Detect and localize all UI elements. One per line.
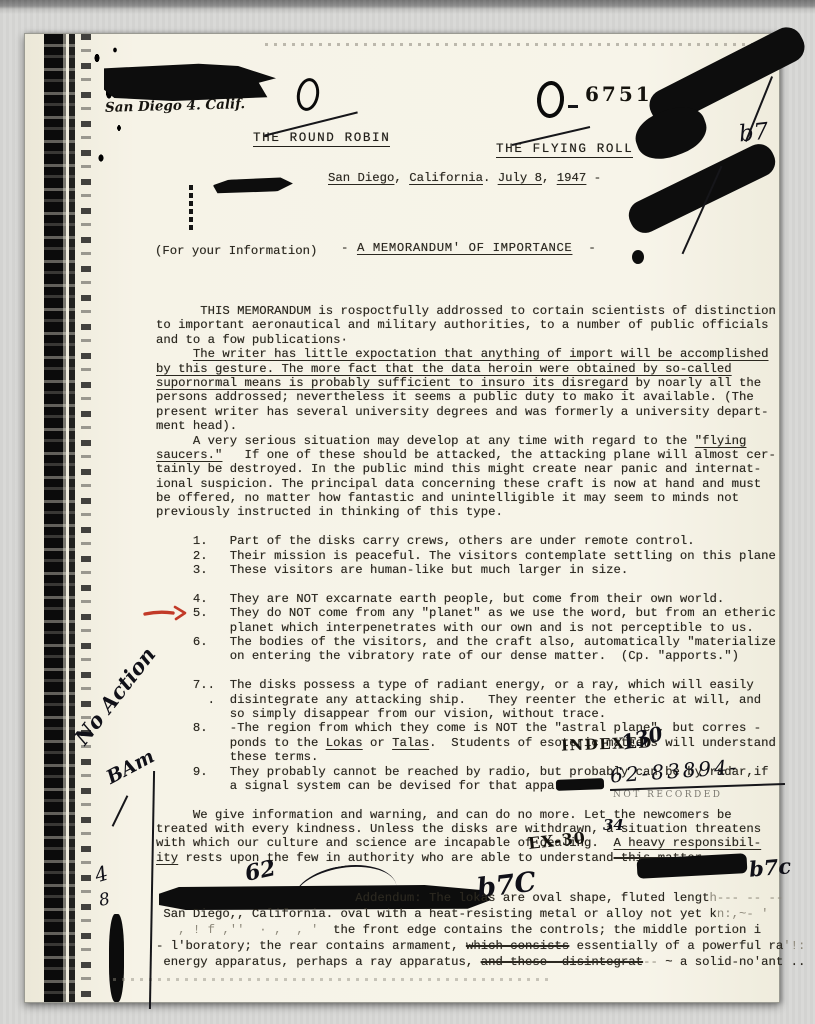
stamp-san-diego-calif: San Diego 4. Calif. <box>105 96 246 116</box>
text-run: 7.. The disks possess a type of radiant … <box>156 678 754 692</box>
memo-line: planet which interpenetrates with our ow… <box>156 621 776 635</box>
text-run: tainly be destroyed. In the public mind … <box>156 462 761 476</box>
red-arrow-item5 <box>143 605 189 621</box>
text-run: 1. Part of the disks carry crews, others… <box>156 534 695 548</box>
memo-line: 8. -The region from which they come is N… <box>156 721 776 735</box>
memo-line: - l'boratory; the rear contains armament… <box>156 938 805 954</box>
scan-noise-bottom <box>113 978 553 981</box>
memo-line: 2. Their mission is peaceful. The visito… <box>156 549 776 563</box>
memo-line: tainly be destroyed. In the public mind … <box>156 462 776 476</box>
redaction-dot <box>632 250 644 264</box>
text-run: treated with every kindness. Unless the … <box>156 822 761 836</box>
text-run: ional suspicion. The principal data conc… <box>156 477 761 491</box>
text-run: . disintegrate any attacking ship. They … <box>156 693 761 707</box>
ink-streak-vertical <box>189 185 193 232</box>
text-run: saucers." <box>156 448 222 462</box>
text-run: present writer has several university de… <box>156 405 769 419</box>
text-run: 5. They do NOT come from any "planet" as… <box>156 606 776 620</box>
memo-addendum: Addendum: The lokas are oval shape, flut… <box>156 890 805 970</box>
for-your-information: (For your Information) <box>155 244 317 258</box>
memo-line: We give information and warning, and can… <box>156 808 776 822</box>
memo-line: 7.. The disks possess a type of radiant … <box>156 678 776 692</box>
text-run: by this gesture. The more fact that the … <box>156 362 732 376</box>
text-run: supornormal means is probably sufficient… <box>156 376 628 390</box>
text-run: . <box>483 171 498 185</box>
memo-line: by this gesture. The more fact that the … <box>156 362 776 376</box>
not-recorded-stamp: NOT RECORDED <box>613 790 723 800</box>
text-run: to important aeronautical and military a… <box>156 318 769 332</box>
text-run: - <box>341 241 357 255</box>
text-run: 1947 <box>557 171 587 185</box>
memo-line <box>156 577 776 591</box>
text-run: oval with a heat-resisting metal or allo… <box>341 907 717 921</box>
text-run: -- <box>643 955 658 969</box>
text-run: A MEMORANDUM' OF IMPORTANCE <box>357 241 572 255</box>
text-run: - <box>572 241 596 255</box>
text-run: previously instructed in thinking of thi… <box>156 505 503 519</box>
memo-line: A very serious situation may develop at … <box>156 434 776 448</box>
memo-line: on entering the vibratory rate of our de… <box>156 649 776 663</box>
text-run: be offered, no matter how fantastic and … <box>156 491 739 505</box>
text-run: and to a fow publications· <box>156 333 348 347</box>
text-run: July 8 <box>498 171 542 185</box>
memo-line: , ! f ,'' · , , ' the front edge contain… <box>156 922 805 938</box>
text-run: Lokas <box>326 736 363 750</box>
handwritten-b7: b7 <box>738 119 770 148</box>
text-run: on entering the vibratory rate of our de… <box>156 649 739 663</box>
memo-line <box>156 520 776 534</box>
memo-heading: - A MEMORANDUM' OF IMPORTANCE - <box>341 241 596 255</box>
memo-line: 4. They are NOT excarnate earth people, … <box>156 592 776 606</box>
dateline: San Diego, California. July 8, 1947 - <box>328 171 601 185</box>
memo-line: 5. They do NOT come from any "planet" as… <box>156 606 776 620</box>
memo-line: persons addrossed; nevertheless it seems… <box>156 390 776 404</box>
text-run: essentially of a powerful ra <box>569 939 783 953</box>
doc-number: 6751 <box>585 82 653 106</box>
text-run: ~ a solid-no'ant .. <box>658 955 806 969</box>
text-run: Addendum: The lokas are oval shape, flut… <box>156 891 709 905</box>
text-run: - <box>586 171 601 185</box>
text-run <box>156 347 193 361</box>
text-run: or <box>363 736 393 750</box>
scan-noise-top <box>265 43 765 46</box>
text-run: California <box>409 171 483 185</box>
memo-line: previously instructed in thinking of thi… <box>156 505 776 519</box>
handwritten-b7c-right: b7c <box>748 853 792 882</box>
text-run: which consists <box>466 939 569 953</box>
text-run: , <box>394 171 409 185</box>
screenshot: { "header": { "stamp_top_left": "San Die… <box>0 0 815 1024</box>
memo-line: with which our culture and science are i… <box>156 836 776 850</box>
text-run: 2. Their mission is peaceful. The visito… <box>156 549 776 563</box>
pen-slash-bottom-left <box>112 795 129 826</box>
text-run: San Diego <box>328 171 394 185</box>
memo-line: 1. Part of the disks carry crews, others… <box>156 534 776 548</box>
memo-line <box>156 664 776 678</box>
handwritten-initials: BAm <box>103 745 158 788</box>
document-page: San Diego 4. Calif. 6751 THE ROUND ROBIN… <box>24 33 780 1003</box>
text-run: ponds to the <box>156 736 326 750</box>
memo-line: so simply disappear from our vision, wit… <box>156 707 776 721</box>
text-run: 4. They are NOT excarnate earth people, … <box>156 592 724 606</box>
scan-bottom-blob <box>109 914 124 1002</box>
text-run: persons addrossed; nevertheless it seems… <box>156 390 754 404</box>
text-run: A heavy responsibil- <box>614 836 762 850</box>
text-run: ity <box>156 851 178 865</box>
text-run: ment head). <box>156 419 237 433</box>
text-run: 3. These visitors are human-like but muc… <box>156 563 628 577</box>
memo-line: saucers." If one of these should be atta… <box>156 448 776 462</box>
text-run: The writer has little expoctation that a… <box>193 347 769 361</box>
text-run: 8. -The region from which they come is N… <box>156 721 761 735</box>
dash-mark <box>568 105 578 108</box>
memo-line: Addendum: The lokas are oval shape, flut… <box>156 890 805 906</box>
hand-circle-right <box>536 80 566 119</box>
text-run: planet which interpenetrates with our ow… <box>156 621 754 635</box>
blackout-small-stamp <box>556 778 604 791</box>
text-run: Talas <box>392 736 429 750</box>
text-run: a signal system can be devised for that … <box>156 779 599 793</box>
memo-line: be offered, no matter how fantastic and … <box>156 491 776 505</box>
memo-line: present writer has several university de… <box>156 405 776 419</box>
text-run: If one of these should be attacked, the … <box>222 448 775 462</box>
scan-edge-band <box>41 34 81 1002</box>
memo-line: ional suspicion. The principal data conc… <box>156 477 776 491</box>
redaction-bar-top-left <box>104 63 276 101</box>
pen-vertical-line <box>149 771 155 1009</box>
text-run: and these disintegrat <box>481 955 643 969</box>
memo-line: 3. These visitors are human-like but muc… <box>156 563 776 577</box>
memo-line: The writer has little expoctation that a… <box>156 347 776 361</box>
hand-circle-left <box>294 76 321 112</box>
memo-line: energy apparatus, perhaps a ray apparatu… <box>156 954 805 970</box>
memo-line: and to a fow publications· <box>156 333 776 347</box>
text-run <box>333 907 340 921</box>
redaction-bar-bottom-right <box>637 853 748 879</box>
text-run: the front edge contains the controls; th… <box>333 923 761 937</box>
text-run: '!: <box>783 939 805 953</box>
handwritten-4: 4 <box>92 861 111 888</box>
text-run: - l'boratory; the rear contains armament… <box>156 939 466 953</box>
text-run: "flying <box>695 434 747 448</box>
text-run: n:,~- ' <box>717 907 769 921</box>
memo-line: THIS MEMORANDUM is rospoctfully addrosse… <box>156 304 776 318</box>
memo-line: treated with every kindness. Unless the … <box>156 822 776 836</box>
redaction-smudge-small <box>213 175 294 196</box>
handwritten-62: 62 <box>243 855 278 887</box>
memo-line: ponds to the Lokas or Talas. Students of… <box>156 736 776 750</box>
text-run: by noarly all the <box>628 376 761 390</box>
text-run: energy apparatus, perhaps a ray apparatu… <box>156 955 481 969</box>
handwritten-8: 8 <box>97 889 111 911</box>
text-run: , ! f ,'' · , , ' <box>156 923 333 937</box>
memo-line: . disintegrate any attacking ship. They … <box>156 693 776 707</box>
text-run: these terms. <box>156 750 318 764</box>
text-run: 6. The bodies of the visitors, and the c… <box>156 635 776 649</box>
memo-line: to important aeronautical and military a… <box>156 318 776 332</box>
memo-line: supornormal means is probably sufficient… <box>156 376 776 390</box>
text-run: , <box>542 171 557 185</box>
text-run: We give information and warning, and can… <box>156 808 732 822</box>
memo-line: San Diego,, California. oval with a heat… <box>156 906 805 922</box>
text-run: A very serious situation may develop at … <box>156 434 695 448</box>
text-run: so simply disappear from our vision, wit… <box>156 707 606 721</box>
handwritten-34: 34 <box>603 816 624 834</box>
text-run: San Diego,, California. <box>156 907 333 921</box>
text-run: THIS MEMORANDUM is rospoctfully addrosse… <box>156 304 776 318</box>
text-run: h--- -- -- <box>709 891 783 905</box>
memo-line: 6. The bodies of the visitors, and the c… <box>156 635 776 649</box>
memo-line: ment head). <box>156 419 776 433</box>
